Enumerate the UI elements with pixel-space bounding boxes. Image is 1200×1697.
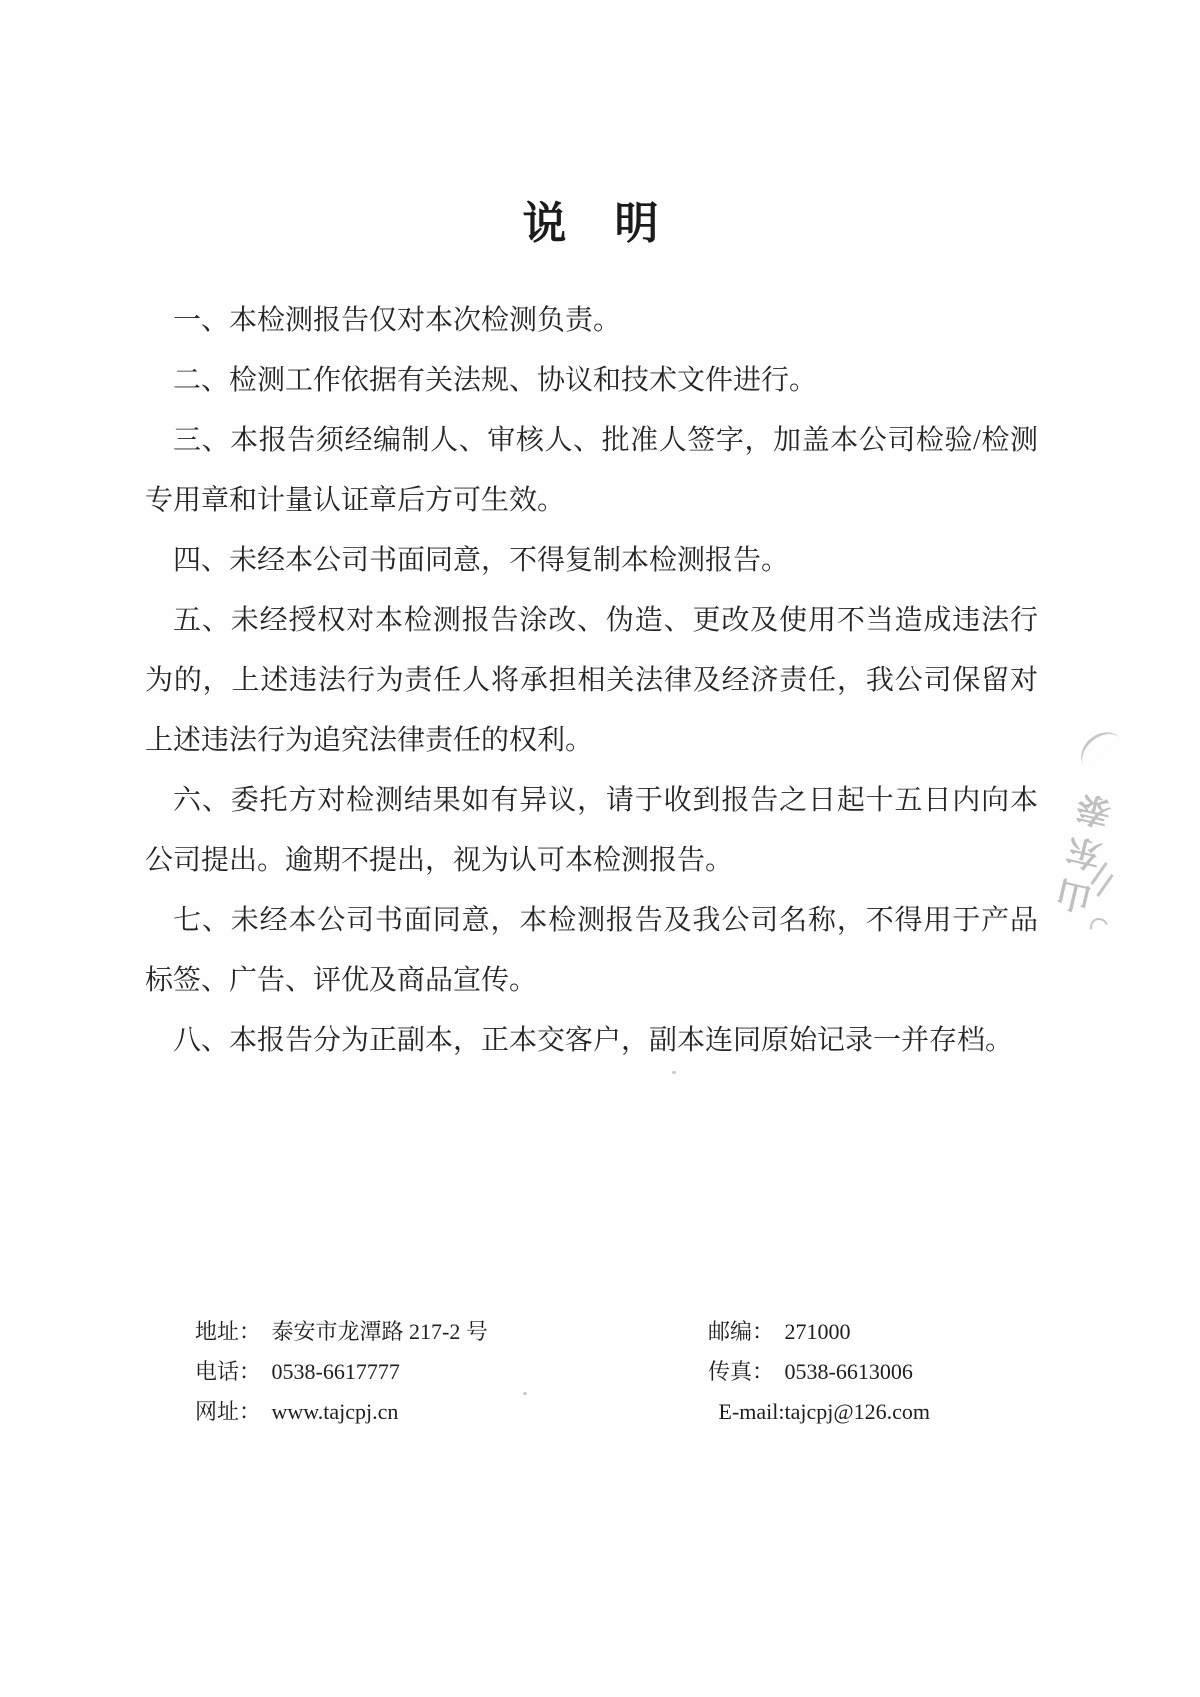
contact-left-column: 地址： 泰安市龙潭路 217-2 号 电话： 0538-6617777 网址： …: [195, 1312, 488, 1432]
website-value: www.tajcpj.cn: [272, 1392, 399, 1432]
website-label: 网址：: [195, 1392, 261, 1432]
contact-fax: 传真： 0538-6613006: [708, 1352, 930, 1392]
notice-item-8: 八、本报告分为正副本，正本交客户，副本连同原始记录一并存档。: [145, 1011, 1038, 1071]
notice-item-3: 三、本报告须经编制人、审核人、批准人签字，加盖本公司检验/检测专用章和计量认证章…: [145, 411, 1038, 531]
contact-email: E-mail:tajcpj@126.com: [708, 1392, 930, 1432]
stamp-squiggle-mark: [1073, 724, 1121, 767]
stamp-bleed-artifact: 山东泰: [1046, 722, 1126, 972]
notice-item-2: 二、检测工作依据有关法规、协议和技术文件进行。: [145, 351, 1038, 411]
notice-item-7: 七、未经本公司书面同意，本检测报告及我公司名称，不得用于产品标签、广告、评优及商…: [145, 891, 1038, 1011]
address-label: 地址：: [195, 1312, 261, 1352]
email-value: E-mail:tajcpj@126.com: [719, 1392, 930, 1432]
address-value: 泰安市龙潭路 217-2 号: [272, 1312, 488, 1352]
contact-website: 网址： www.tajcpj.cn: [195, 1392, 488, 1432]
notice-item-5: 五、未经授权对本检测报告涂改、伪造、更改及使用不当造成违法行为的，上述违法行为责…: [145, 591, 1038, 771]
fax-value: 0538-6613006: [785, 1352, 913, 1392]
notes-list: 一、本检测报告仅对本次检测负责。 二、检测工作依据有关法规、协议和技术文件进行。…: [145, 291, 1038, 1071]
scan-speck: [523, 1392, 527, 1395]
postcode-label: 邮编：: [708, 1312, 774, 1352]
notice-item-6: 六、委托方对检测结果如有异议，请于收到报告之日起十五日内向本公司提出。逾期不提出…: [145, 771, 1038, 891]
phone-value: 0538-6617777: [272, 1352, 400, 1392]
contact-address: 地址： 泰安市龙潭路 217-2 号: [195, 1312, 488, 1352]
contact-phone: 电话： 0538-6617777: [195, 1352, 488, 1392]
fax-label: 传真：: [708, 1352, 774, 1392]
page-title: 说 明: [145, 197, 1038, 251]
scan-speck: [672, 1071, 676, 1074]
scanned-report-notes-page: 说 明 一、本检测报告仅对本次检测负责。 二、检测工作依据有关法规、协议和技术文…: [0, 0, 1200, 1697]
contact-postcode: 邮编： 271000: [708, 1312, 930, 1352]
postcode-value: 271000: [785, 1312, 851, 1352]
contact-right-column: 邮编： 271000 传真： 0538-6613006 E-mail:tajcp…: [708, 1312, 930, 1432]
stamp-curl-mark: [1087, 915, 1111, 939]
notice-item-1: 一、本检测报告仅对本次检测负责。: [145, 291, 1038, 351]
phone-label: 电话：: [195, 1352, 261, 1392]
stamp-artifact-text: 山东泰: [1050, 780, 1127, 920]
notice-item-4: 四、未经本公司书面同意，不得复制本检测报告。: [145, 531, 1038, 591]
